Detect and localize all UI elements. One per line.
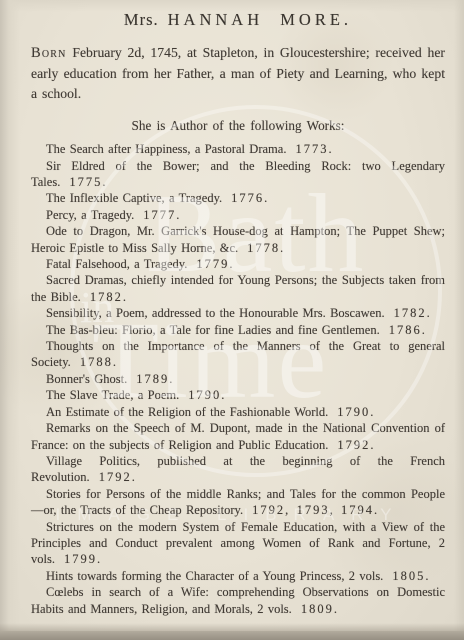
work-item: An Estimate of the Religion of the Fashi… xyxy=(31,404,445,420)
work-item: The Search after Happiness, a Pastoral D… xyxy=(31,141,445,157)
printed-page: Mrs.HANNAH MORE. Born February 2d, 1745,… xyxy=(0,0,464,631)
work-title: Stories for Persons of the middle Ranks;… xyxy=(31,487,445,517)
work-title: Percy, a Tragedy. xyxy=(46,208,134,222)
work-item: Sensibility, a Poem, addressed to the Ho… xyxy=(31,305,445,321)
work-year: 1782. xyxy=(394,306,432,320)
work-item: Percy, a Tragedy.1777. xyxy=(31,207,445,223)
work-title: The Search after Happiness, a Pastoral D… xyxy=(46,142,286,156)
work-year: 1809. xyxy=(301,602,339,616)
work-item: Bonner's Ghost.1789. xyxy=(31,371,445,387)
work-title: Cœlebs in search of a Wife: comprehendin… xyxy=(31,585,445,615)
work-year: 1777. xyxy=(143,208,181,222)
work-year: 1775. xyxy=(69,175,107,189)
work-year: 1786. xyxy=(389,323,427,337)
work-year: 1779. xyxy=(196,257,234,271)
work-year: 1799. xyxy=(64,552,102,566)
work-year: 1792, 1793, 1794. xyxy=(252,503,379,517)
work-item: Fatal Falsehood, a Tragedy.1779. xyxy=(31,256,445,272)
work-title: Bonner's Ghost. xyxy=(46,372,127,386)
work-item: Sacred Dramas, chiefly intended for Youn… xyxy=(31,272,445,305)
intro-paragraph: Born February 2d, 1745, at Stapleton, in… xyxy=(31,43,445,105)
work-year: 1789. xyxy=(136,372,174,386)
work-item: The Inflexible Captive, a Tragedy.1776. xyxy=(31,190,445,206)
paper-bottom-shadow xyxy=(0,623,464,631)
works-list: The Search after Happiness, a Pastoral D… xyxy=(31,141,445,617)
work-item: Strictures on the modern System of Femal… xyxy=(31,519,445,568)
intro-lead-word: Born xyxy=(31,45,67,61)
work-year: 1792. xyxy=(337,438,375,452)
work-year: 1792. xyxy=(99,470,137,484)
work-item: Sir Eldred of the Bower; and the Bleedin… xyxy=(31,158,445,191)
work-title: The Bas-bleu: Florio, a Tale for fine La… xyxy=(46,323,380,337)
title-prefix: Mrs. xyxy=(124,10,159,29)
title-name: HANNAH MORE. xyxy=(168,10,352,29)
work-title: Village Politics, published at the begin… xyxy=(31,454,445,484)
work-title: Sensibility, a Poem, addressed to the Ho… xyxy=(46,306,385,320)
page-title: Mrs.HANNAH MORE. xyxy=(31,10,445,30)
work-year: 1782. xyxy=(90,290,128,304)
work-item: The Bas-bleu: Florio, a Tale for fine La… xyxy=(31,322,445,338)
work-year: 1790. xyxy=(188,388,226,402)
work-title: Fatal Falsehood, a Tragedy. xyxy=(46,257,187,271)
work-item: Thoughts on the Importance of the Manner… xyxy=(31,338,445,371)
work-item: Hints towards forming the Character of a… xyxy=(31,568,445,584)
work-item: Stories for Persons of the middle Ranks;… xyxy=(31,486,445,519)
work-item: Village Politics, published at the begin… xyxy=(31,453,445,486)
work-item: Remarks on the Speech of M. Dupont, made… xyxy=(31,420,445,453)
work-year: 1776. xyxy=(231,191,269,205)
work-title: The Slave Trade, a Poem. xyxy=(46,388,179,402)
work-title: The Inflexible Captive, a Tragedy. xyxy=(46,191,222,205)
work-year: 1805. xyxy=(392,569,430,583)
document-photo: Mrs.HANNAH MORE. Born February 2d, 1745,… xyxy=(0,0,464,640)
work-year: 1788. xyxy=(80,355,118,369)
intro-text: February 2d, 1745, at Stapleton, in Glou… xyxy=(31,45,445,101)
work-title: Remarks on the Speech of M. Dupont, made… xyxy=(31,421,445,451)
work-year: 1773. xyxy=(295,142,333,156)
work-title: Ode to Dragon, Mr. Garrick's House-dog a… xyxy=(31,224,445,254)
work-year: 1778. xyxy=(247,241,285,255)
work-item: Ode to Dragon, Mr. Garrick's House-dog a… xyxy=(31,223,445,256)
work-title: An Estimate of the Religion of the Fashi… xyxy=(46,405,328,419)
work-item: Cœlebs in search of a Wife: comprehendin… xyxy=(31,584,445,617)
section-heading: She is Author of the following Works: xyxy=(31,118,445,134)
photo-bottom-edge xyxy=(0,631,464,640)
work-title: Hints towards forming the Character of a… xyxy=(46,569,383,583)
work-year: 1790. xyxy=(337,405,375,419)
work-item: The Slave Trade, a Poem.1790. xyxy=(31,387,445,403)
